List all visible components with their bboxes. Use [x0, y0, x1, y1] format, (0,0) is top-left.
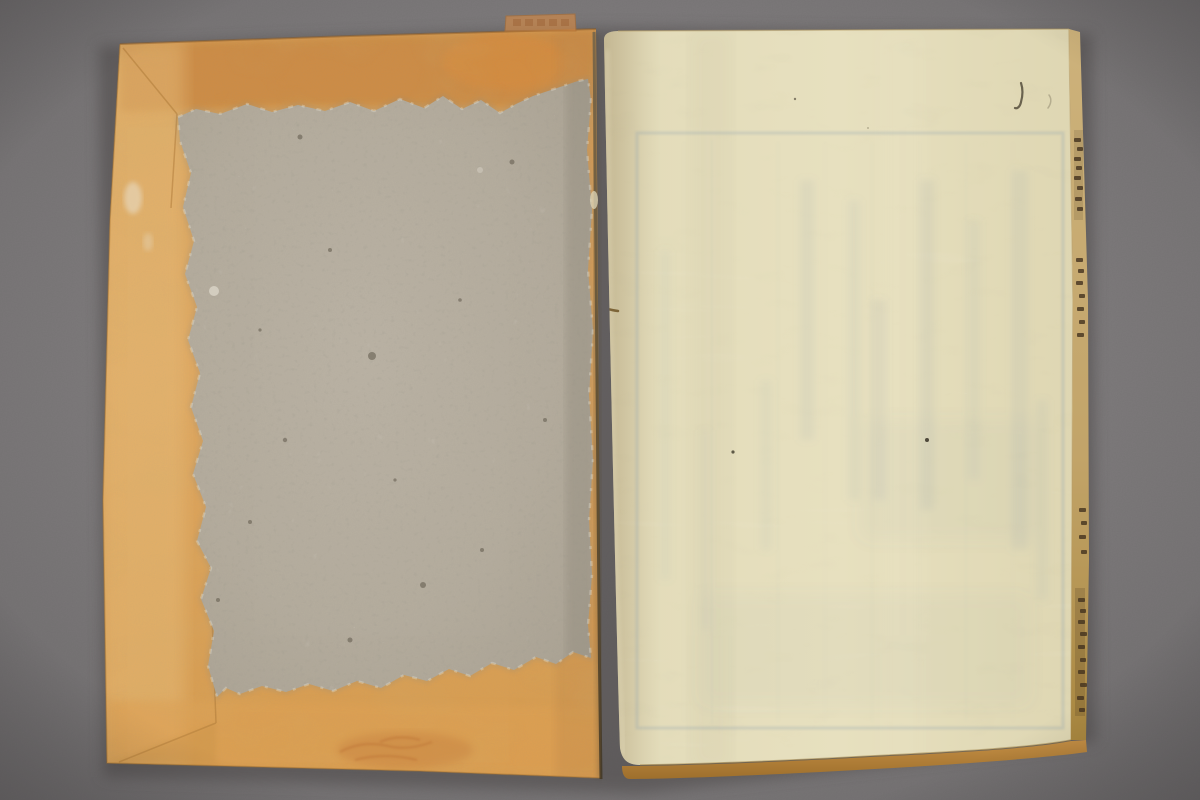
- vignette: [0, 0, 1200, 800]
- photograph: [0, 0, 1200, 800]
- book-photo: [0, 0, 1200, 800]
